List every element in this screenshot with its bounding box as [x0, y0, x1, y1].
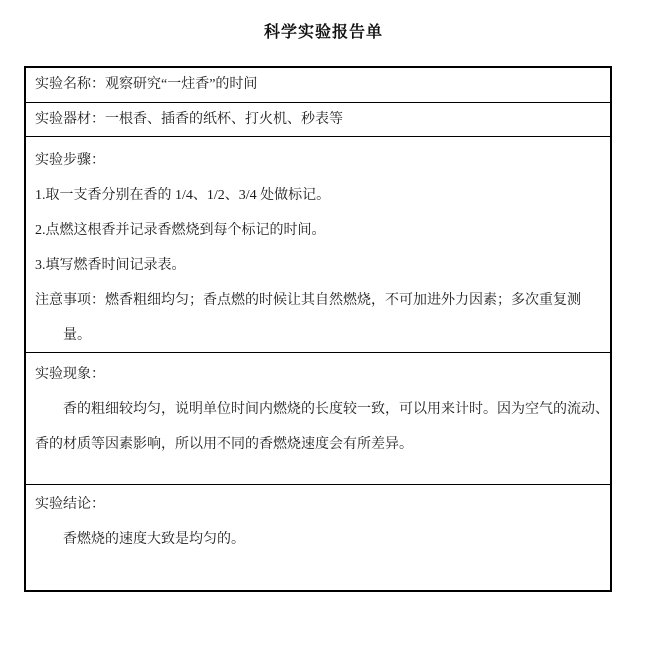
- notes-line-2: 量。: [35, 318, 601, 353]
- row-experiment-name: 实验名称：观察研究“一炷香”的时间: [26, 68, 610, 103]
- phenomena-line-1: 香的粗细较均匀，说明单位时间内燃烧的长度较一致，可以用来计时。因为空气的流动、: [35, 392, 601, 427]
- row-experiment-conclusion: 实验结论： 香燃烧的速度大致是均匀的。: [26, 485, 610, 590]
- row-experiment-materials: 实验器材：一根香、插香的纸杯、打火机、秒表等: [26, 103, 610, 137]
- steps-heading: 实验步骤：: [35, 143, 601, 178]
- row-experiment-phenomena: 实验现象： 香的粗细较均匀，说明单位时间内燃烧的长度较一致，可以用来计时。因为空…: [26, 353, 610, 485]
- experiment-materials-text: 实验器材：一根香、插香的纸杯、打火机、秒表等: [35, 103, 601, 136]
- conclusion-text: 香燃烧的速度大致是均匀的。: [35, 522, 601, 557]
- experiment-name-text: 实验名称：观察研究“一炷香”的时间: [35, 68, 601, 102]
- conclusion-heading: 实验结论：: [35, 487, 601, 522]
- phenomena-heading: 实验现象：: [35, 357, 601, 392]
- step-3: 3.填写燃香时间记录表。: [35, 248, 601, 283]
- phenomena-line-2: 香的材质等因素影响，所以用不同的香燃烧速度会有所差异。: [35, 427, 601, 462]
- notes-line-1: 注意事项：燃香粗细均匀；香点燃的时候让其自然燃烧，不可加进外力因素；多次重复测: [35, 283, 601, 318]
- step-1: 1.取一支香分别在香的 1/4、1/2、3/4 处做标记。: [35, 178, 601, 213]
- step-2: 2.点燃这根香并记录香燃烧到每个标记的时间。: [35, 213, 601, 248]
- page-title: 科学实验报告单: [0, 0, 647, 42]
- row-experiment-steps: 实验步骤： 1.取一支香分别在香的 1/4、1/2、3/4 处做标记。 2.点燃…: [26, 137, 610, 353]
- report-table: 实验名称：观察研究“一炷香”的时间 实验器材：一根香、插香的纸杯、打火机、秒表等…: [24, 66, 612, 592]
